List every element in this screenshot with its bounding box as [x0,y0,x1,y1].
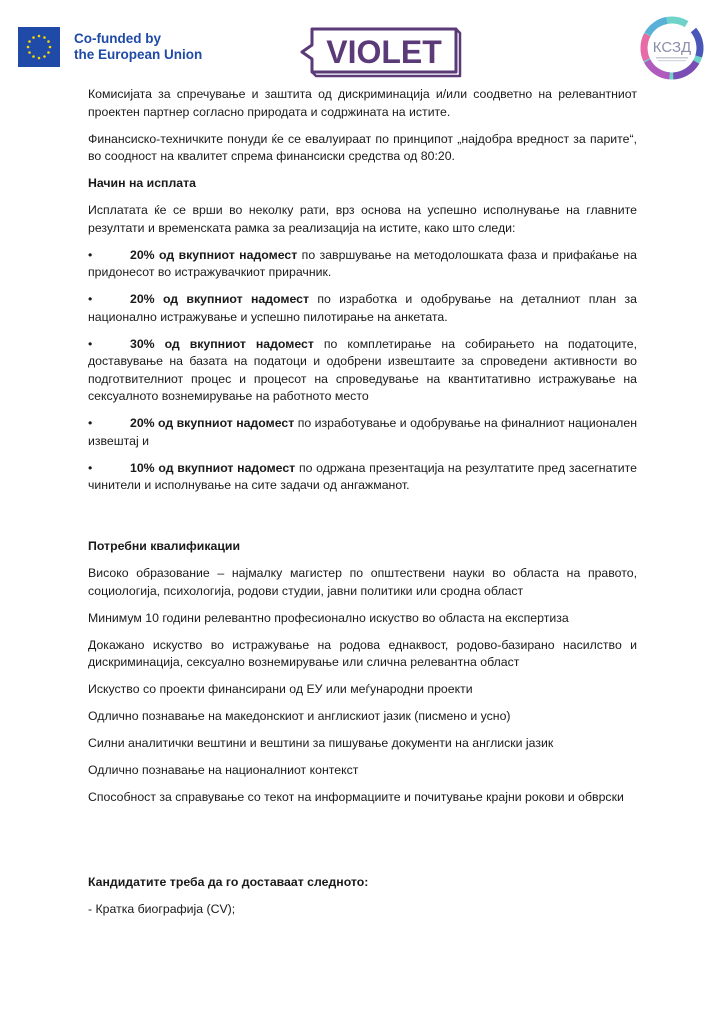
eu-flag-icon [18,27,60,67]
page-header: Co-funded by the European Union VIOLET К… [0,0,724,85]
payment-item: •20% од вкупниот надомест по изработувањ… [88,415,637,450]
bullet-icon: • [88,291,130,309]
payment-item: •30% од вкупниот надомест по комплетирањ… [88,336,637,406]
kszd-logo-text: КСЗД [653,39,691,56]
payment-item-amount: 10% од вкупниот надомест [130,461,295,475]
qualification-item: Минимум 10 години релевантно професионал… [88,610,637,628]
payment-heading: Начин на исплата [88,175,637,193]
bullet-icon: • [88,415,130,433]
qualification-item: Силни аналитички вештини и вештини за пи… [88,735,637,753]
payment-item: •20% од вкупниот надомест по завршување … [88,247,637,282]
qualifications-list: Високо образование – најмалку магистер п… [88,565,637,807]
payment-item-amount: 20% од вкупниот надомест [130,292,309,306]
qualification-item: Одлично познавање на националниот контек… [88,762,637,780]
qualifications-heading: Потребни квалификации [88,538,637,556]
qualification-item: Способност за справување со текот на инф… [88,789,637,807]
document-body: Комисијата за спречување и заштита од ди… [88,86,637,928]
kszd-partner-logo: КСЗД [634,12,710,89]
spacer [88,504,637,538]
qualification-item: Одлично познавање на македонскиот и англ… [88,708,637,726]
qualification-item: Докажано искуство во истражување на родо… [88,637,637,672]
violet-project-logo: VIOLET [300,26,462,85]
payment-item-amount: 20% од вкупниот надомест [130,416,294,430]
submission-heading: Кандидатите треба да го доставаат следно… [88,874,637,892]
qualification-item: Искуство со проекти финансирани од ЕУ ил… [88,681,637,699]
payment-item-amount: 30% од вкупниот надомест [130,337,314,351]
eu-text-line1: Co-funded by [74,31,202,47]
payment-list: •20% од вкупниот надомест по завршување … [88,247,637,495]
payment-item-amount: 20% од вкупниот надомест [130,248,297,262]
intro-paragraph-2: Финансиско-техничките понуди ќе се евалу… [88,131,637,166]
bullet-icon: • [88,336,130,354]
payment-item: •10% од вкупниот надомест по одржана пре… [88,460,637,495]
bullet-icon: • [88,247,130,265]
eu-cofunded-text: Co-funded by the European Union [74,31,202,63]
eu-cofunded-logo: Co-funded by the European Union [18,27,202,67]
submission-item: - Кратка биографија (CV); [88,901,637,919]
payment-intro: Исплатата ќе се врши во неколку рати, вр… [88,202,637,237]
eu-text-line2: the European Union [74,47,202,63]
qualification-item: Високо образование – најмалку магистер п… [88,565,637,600]
payment-item: •20% од вкупниот надомест по изработка и… [88,291,637,326]
intro-paragraph-1: Комисијата за спречување и заштита од ди… [88,86,637,121]
violet-logo-text: VIOLET [326,34,442,70]
spacer [88,816,637,874]
bullet-icon: • [88,460,130,478]
